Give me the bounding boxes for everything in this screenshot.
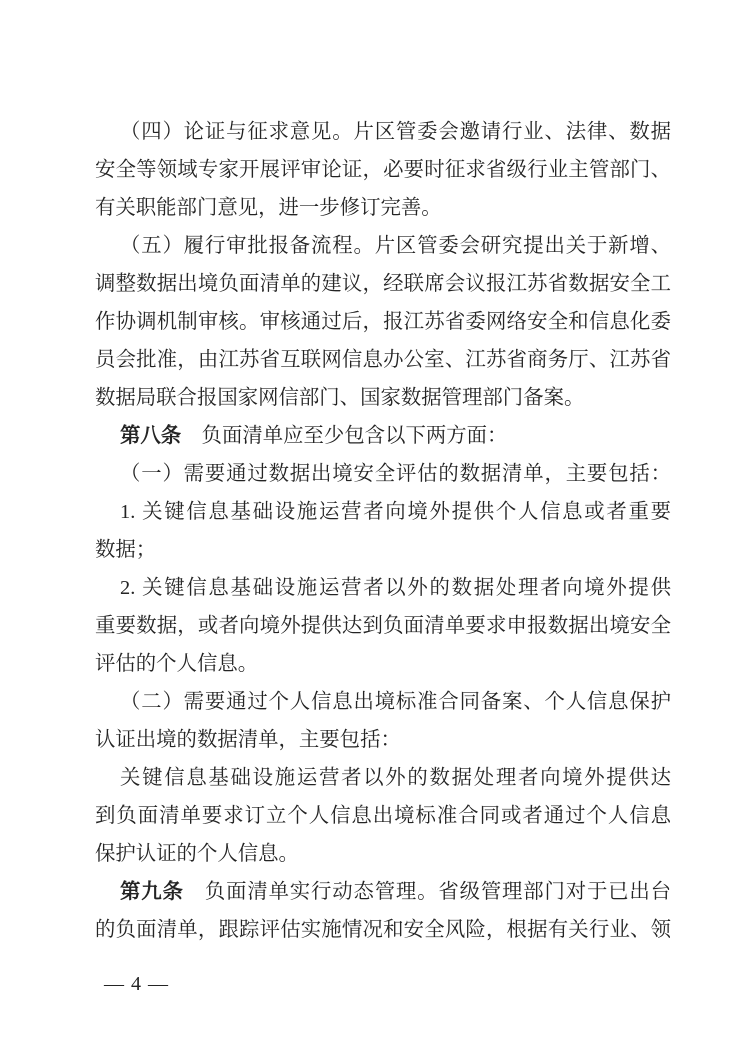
document-body: （四）论证与征求意见。片区管委会邀请行业、法律、数据安全等领域专家开展评审论证，… xyxy=(95,113,671,949)
text-line: 到负面清单要求订立个人信息出境标准合同或者通过个人信息 xyxy=(95,797,671,835)
text-line: 安全等领域专家开展评审论证，必要时征求省级行业主管部门、 xyxy=(95,151,671,189)
text-line: 作协调机制审核。审核通过后，报江苏省委网络安全和信息化委 xyxy=(95,303,671,341)
text-line: 第八条 负面清单应至少包含以下两方面： xyxy=(95,417,671,455)
text-line: （一）需要通过数据出境安全评估的数据清单，主要包括： xyxy=(95,455,671,493)
line-text: 的负面清单，跟踪评估实施情况和安全风险，根据有关行业、领 xyxy=(95,919,671,941)
text-line: 数据； xyxy=(95,531,671,569)
text-line: 第九条 负面清单实行动态管理。省级管理部门对于已出台 xyxy=(95,873,671,911)
line-text: 保护认证的个人信息。 xyxy=(95,843,299,865)
text-line: （四）论证与征求意见。片区管委会邀请行业、法律、数据 xyxy=(95,113,671,151)
text-line: （二）需要通过个人信息出境标准合同备案、个人信息保护 xyxy=(95,683,671,721)
line-text: 调整数据出境负面清单的建议，经联席会议报江苏省数据安全工 xyxy=(95,273,671,295)
line-text: 有关职能部门意见，进一步修订完善。 xyxy=(95,197,442,219)
page-number: — 4 — xyxy=(104,969,169,999)
document-page: （四）论证与征求意见。片区管委会邀请行业、法律、数据安全等领域专家开展评审论证，… xyxy=(0,0,754,1053)
line-text: 数据； xyxy=(95,539,156,561)
text-line: 数据局联合报国家网信部门、国家数据管理部门备案。 xyxy=(95,379,671,417)
line-text: 重要数据，或者向境外提供达到负面清单要求申报数据出境安全 xyxy=(95,615,671,637)
text-line: 1. 关键信息基础设施运营者向境外提供个人信息或者重要 xyxy=(95,493,671,531)
text-line: 关键信息基础设施运营者以外的数据处理者向境外提供达 xyxy=(95,759,671,797)
line-text: 关键信息基础设施运营者以外的数据处理者向境外提供达 xyxy=(120,767,671,789)
text-line: 调整数据出境负面清单的建议，经联席会议报江苏省数据安全工 xyxy=(95,265,671,303)
text-line: 有关职能部门意见，进一步修订完善。 xyxy=(95,189,671,227)
text-line: 保护认证的个人信息。 xyxy=(95,835,671,873)
line-text: （五）履行审批报备流程。片区管委会研究提出关于新增、 xyxy=(120,235,671,257)
text-line: 员会批准，由江苏省互联网信息办公室、江苏省商务厅、江苏省 xyxy=(95,341,671,379)
text-line: 2. 关键信息基础设施运营者以外的数据处理者向境外提供 xyxy=(95,569,671,607)
line-text: 员会批准，由江苏省互联网信息办公室、江苏省商务厅、江苏省 xyxy=(95,349,671,371)
line-text: 负面清单实行动态管理。省级管理部门对于已出台 xyxy=(184,881,671,903)
line-text: （二）需要通过个人信息出境标准合同备案、个人信息保护 xyxy=(120,691,671,713)
article-number: 第八条 xyxy=(120,425,181,447)
text-line: 认证出境的数据清单，主要包括： xyxy=(95,721,671,759)
line-text: 安全等领域专家开展评审论证，必要时征求省级行业主管部门、 xyxy=(95,159,671,181)
line-text: 作协调机制审核。审核通过后，报江苏省委网络安全和信息化委 xyxy=(95,311,671,333)
text-line: 的负面清单，跟踪评估实施情况和安全风险，根据有关行业、领 xyxy=(95,911,671,949)
line-text: 评估的个人信息。 xyxy=(95,653,258,675)
line-text: （一）需要通过数据出境安全评估的数据清单，主要包括： xyxy=(120,463,671,485)
text-line: 评估的个人信息。 xyxy=(95,645,671,683)
line-text: 2. 关键信息基础设施运营者以外的数据处理者向境外提供 xyxy=(120,577,671,599)
text-line: 重要数据，或者向境外提供达到负面清单要求申报数据出境安全 xyxy=(95,607,671,645)
text-line: （五）履行审批报备流程。片区管委会研究提出关于新增、 xyxy=(95,227,671,265)
line-text: 负面清单应至少包含以下两方面： xyxy=(181,425,507,447)
article-number: 第九条 xyxy=(120,881,184,903)
line-text: 认证出境的数据清单，主要包括： xyxy=(95,729,401,751)
line-text: 1. 关键信息基础设施运营者向境外提供个人信息或者重要 xyxy=(120,501,671,523)
line-text: 到负面清单要求订立个人信息出境标准合同或者通过个人信息 xyxy=(95,805,671,827)
line-text: 数据局联合报国家网信部门、国家数据管理部门备案。 xyxy=(95,387,584,409)
line-text: （四）论证与征求意见。片区管委会邀请行业、法律、数据 xyxy=(120,121,671,143)
